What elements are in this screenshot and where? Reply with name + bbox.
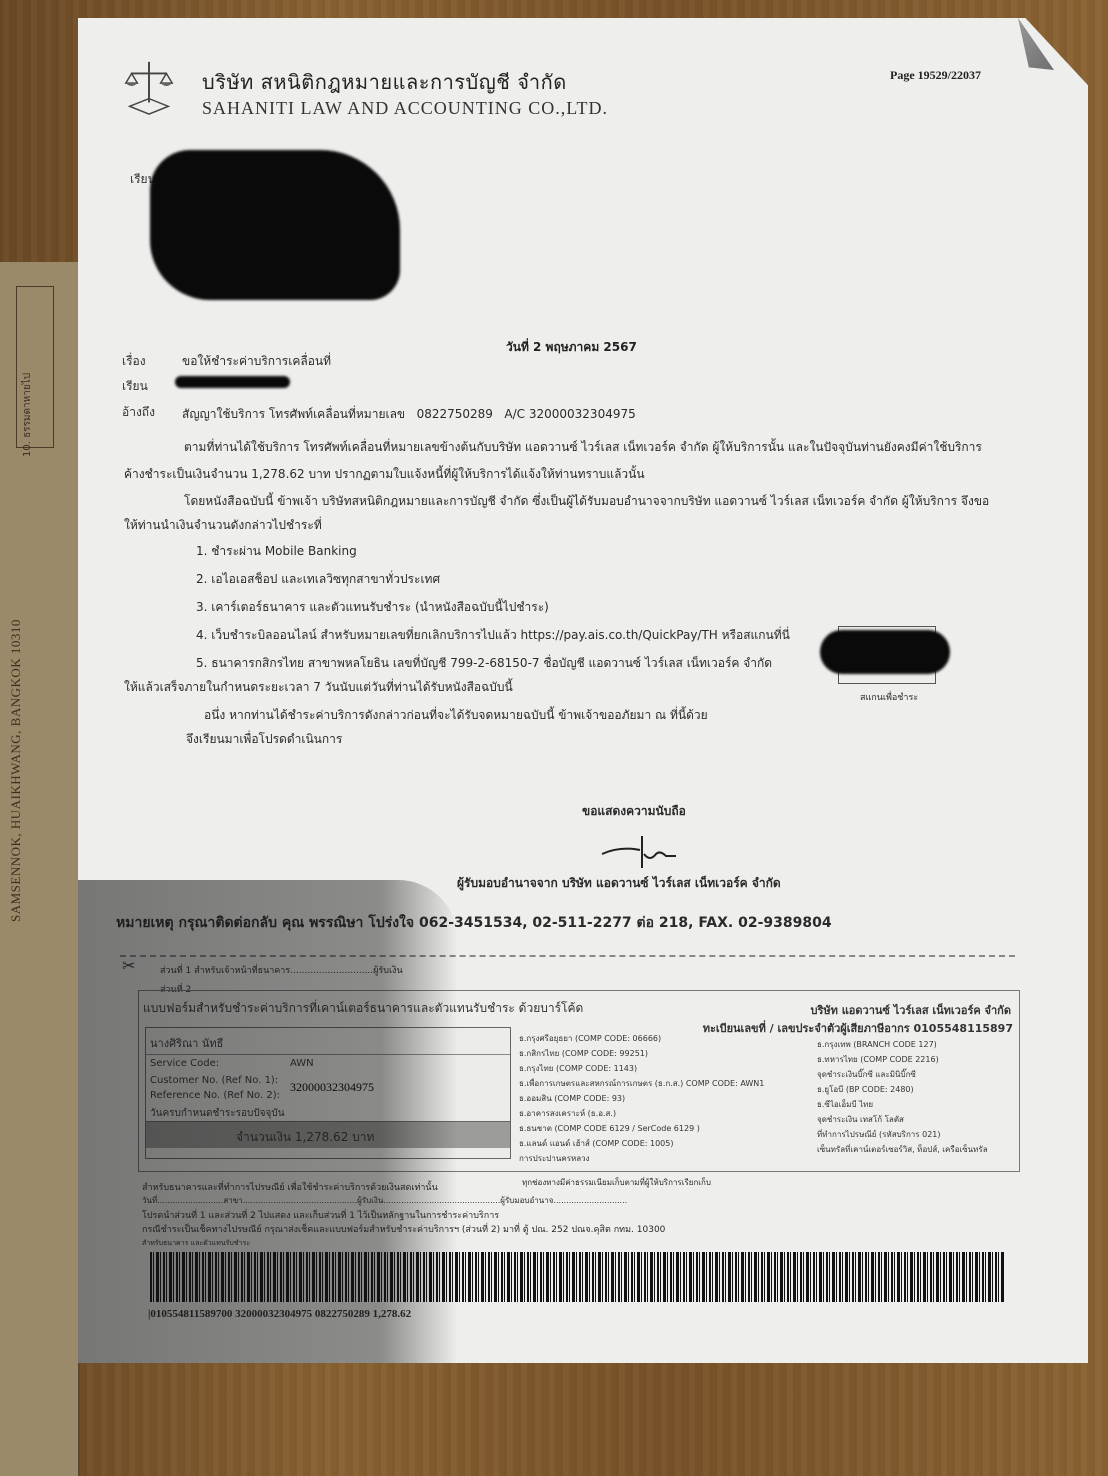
company-name-english: SAHANITI LAW AND ACCOUNTING CO.,LTD. [202, 98, 608, 119]
subject-text: ขอให้ชำระค่าบริการเคลื่อนที่ [182, 352, 331, 371]
scissors-icon: ✂ [122, 956, 135, 975]
slip-part-1: ส่วนที่ 1 สำหรับเจ้าหน้าที่ธนาคาร.......… [160, 963, 403, 977]
payment-method-2: 2. เอไอเอสช็อป และเทเลวิซทุกสาขาทั่วประเ… [196, 570, 440, 589]
payment-method-5: 5. ธนาคารกสิกรไทย สาขาพหลโยธิน เลขที่บัญ… [196, 654, 772, 673]
bank-item: ธ.ธนชาต (COMP CODE 6129 / SerCode 6129 ) [519, 1121, 764, 1136]
paragraph-1-line-1: ตามที่ท่านได้ใช้บริการ โทรศัพท์เคลื่อนที… [184, 438, 982, 457]
customer-no: 32000032304975 [290, 1080, 374, 1095]
payment-barcode [150, 1252, 1004, 1302]
customer-info-box: นางศิริณา นัทธี Service Code: AWN Custom… [145, 1027, 511, 1159]
slip-company: บริษัท แอดวานซ์ ไวร์เลส เน็ทเวอร์ค จำกัด [811, 1001, 1012, 1019]
redacted-qr-code [820, 630, 950, 674]
envelope-address: SAMSENNOK, HUAIKHWANG, BANGKOK 10310 [8, 619, 24, 922]
instruction-1: โปรดนำส่วนที่ 1 และส่วนที่ 2 ไปแสดง และเ… [142, 1208, 499, 1222]
closing-apology: อนึ่ง หากท่านได้ชำระค่าบริการดังกล่าวก่อ… [204, 706, 708, 725]
payment-method-1: 1. ชำระผ่าน Mobile Banking [196, 542, 357, 561]
barcode-text: |010554811589700 32000032304975 08227502… [148, 1308, 411, 1320]
subject-label: เรื่อง [122, 352, 146, 371]
letter-date: วันที่ 2 พฤษภาคม 2567 [506, 338, 637, 357]
contact-note: หมายเหตุ กรุณาติดต่อกลับ คุณ พรรณิษา โปร… [116, 912, 832, 934]
bank-item: ธ.กรุงศรีอยุธยา (COMP CODE: 06666) [519, 1031, 764, 1046]
envelope-box-label: 10. ธรรมดาหายไป [20, 373, 35, 457]
to-label: เรียน [122, 377, 148, 396]
postal-note: สำหรับธนาคารและที่ทำการไปรษณีย์ เพื่อใช้… [142, 1180, 438, 1194]
slip-form-title: แบบฟอร์มสำหรับชำระค่าบริการที่เคาน์เตอร์… [143, 999, 583, 1018]
customer-name: นางศิริณา นัทธี [150, 1034, 223, 1052]
bank-list-left: ธ.กรุงศรีอยุธยา (COMP CODE: 06666) ธ.กสิ… [519, 1031, 764, 1166]
service-code: AWN [290, 1058, 314, 1069]
payment-method-3: 3. เคาร์เตอร์ธนาคาร และตัวแทนรับชำระ (นำ… [196, 598, 549, 617]
reference-contract: สัญญาใช้บริการ โทรศัพท์เคลื่อนที่หมายเลข [182, 407, 405, 421]
payment-method-4: 4. เว็บชำระบิลออนไลน์ สำหรับหมายเลขที่ยก… [196, 626, 790, 645]
redacted-recipient-name [175, 376, 290, 388]
slip-amount: จำนวนเงิน 1,278.62 บาท [236, 1128, 374, 1147]
closing-regards: ขอแสดงความนับถือ [582, 802, 686, 821]
reference-no-label: Reference No. (Ref No. 2): [150, 1090, 280, 1101]
paragraph-2-line-2: ให้ท่านนำเงินจำนวนดังกล่าวไปชำระที่ [124, 516, 322, 535]
receipt-fields: วันที่..........................สาขา....… [142, 1194, 627, 1207]
instruction-2: กรณีชำระเป็นเช็คทางไปรษณีย์ กรุณาส่งเช็ค… [142, 1222, 665, 1236]
scales-of-justice-icon [120, 58, 178, 116]
bank-item: ธ.ทหารไทย (COMP CODE 2216) [817, 1052, 988, 1067]
company-name-thai: บริษัท สหนิติกฎหมายและการบัญชี จำกัด [202, 66, 567, 98]
bank-item: จุดชำระเงินบิ๊กซี และมินิบิ๊กซี [817, 1067, 988, 1082]
due-date-label: วันครบกำหนดชำระรอบปัจจุบัน [150, 1106, 285, 1121]
signatory: ผู้รับมอบอำนาจจาก บริษัท แอดวานซ์ ไวร์เล… [457, 874, 781, 893]
paragraph-2-line-1: โดยหนังสือฉบับนี้ ข้าพเจ้า บริษัทสหนิติก… [184, 492, 989, 511]
page-number: Page 19529/22037 [890, 68, 981, 83]
service-code-label: Service Code: [150, 1058, 219, 1069]
envelope: 10. ธรรมดาหายไป SAMSENNOK, HUAIKHWANG, B… [0, 262, 80, 1476]
bank-item: การประปานครหลวง [519, 1151, 764, 1166]
barcode-caption: สำหรับธนาคาร และตัวแทนรับชำระ [142, 1238, 250, 1249]
bank-item: ที่ทำการไปรษณีย์ (รหัสบริการ 021) [817, 1127, 988, 1142]
bank-item: ธ.เพื่อการเกษตรและสหกรณ์การเกษตร (ธ.ก.ส.… [519, 1076, 764, 1091]
bank-item: ธ.ซีไอเอ็มบี ไทย [817, 1097, 988, 1112]
bank-item: ธ.ยูโอบี (BP CODE: 2480) [817, 1082, 988, 1097]
payment-slip: แบบฟอร์มสำหรับชำระค่าบริการที่เคาน์เตอร์… [138, 990, 1020, 1172]
redacted-recipient-address [150, 150, 400, 300]
paragraph-1-line-2: ค้างชำระเป็นเงินจำนวน 1,278.62 บาท ปรากฏ… [124, 465, 645, 484]
cut-line [120, 955, 1015, 957]
bank-item: จุดชำระเงิน เทสโก้ โลตัส [817, 1112, 988, 1127]
bank-item: ธ.กรุงไทย (COMP CODE: 1143) [519, 1061, 764, 1076]
bank-item: เซ็นทรัลที่เคาน์เตอร์เซอร์วิส, ท็อปส์, เ… [817, 1142, 988, 1157]
phone-number: 0822750289 [417, 407, 493, 421]
fee-note: ทุกช่องทางมีค่าธรรมเนียมเก็บตามที่ผู้ให้… [522, 1176, 711, 1189]
bank-list-right: ธ.กรุงเทพ (BRANCH CODE 127) ธ.ทหารไทย (C… [817, 1037, 988, 1157]
amount-bar: จำนวนเงิน 1,278.62 บาท [146, 1121, 510, 1148]
qr-caption: สแกนเพื่อชำระ [860, 690, 918, 704]
customer-no-label: Customer No. (Ref No. 1): [150, 1075, 278, 1086]
bank-item: ธ.อาคารสงเคราะห์ (ธ.อ.ส.) [519, 1106, 764, 1121]
reference-label: อ้างถึง [122, 403, 155, 422]
bank-item: ธ.แลนด์ แอนด์ เฮ้าส์ (COMP CODE: 1005) [519, 1136, 764, 1151]
bank-item: ธ.ออมสิน (COMP CODE: 93) [519, 1091, 764, 1106]
bank-item: ธ.กสิกรไทย (COMP CODE: 99251) [519, 1046, 764, 1061]
payment-deadline: ให้แล้วเสร็จภายในกำหนดระยะเวลา 7 วันนับแ… [124, 678, 513, 697]
bank-item: ธ.กรุงเทพ (BRANCH CODE 127) [817, 1037, 988, 1052]
signature [600, 832, 680, 872]
closing-request: จึงเรียนมาเพื่อโปรดดำเนินการ [186, 730, 342, 749]
account-number: A/C 32000032304975 [504, 407, 635, 421]
reference-text: สัญญาใช้บริการ โทรศัพท์เคลื่อนที่หมายเลข… [182, 405, 636, 424]
